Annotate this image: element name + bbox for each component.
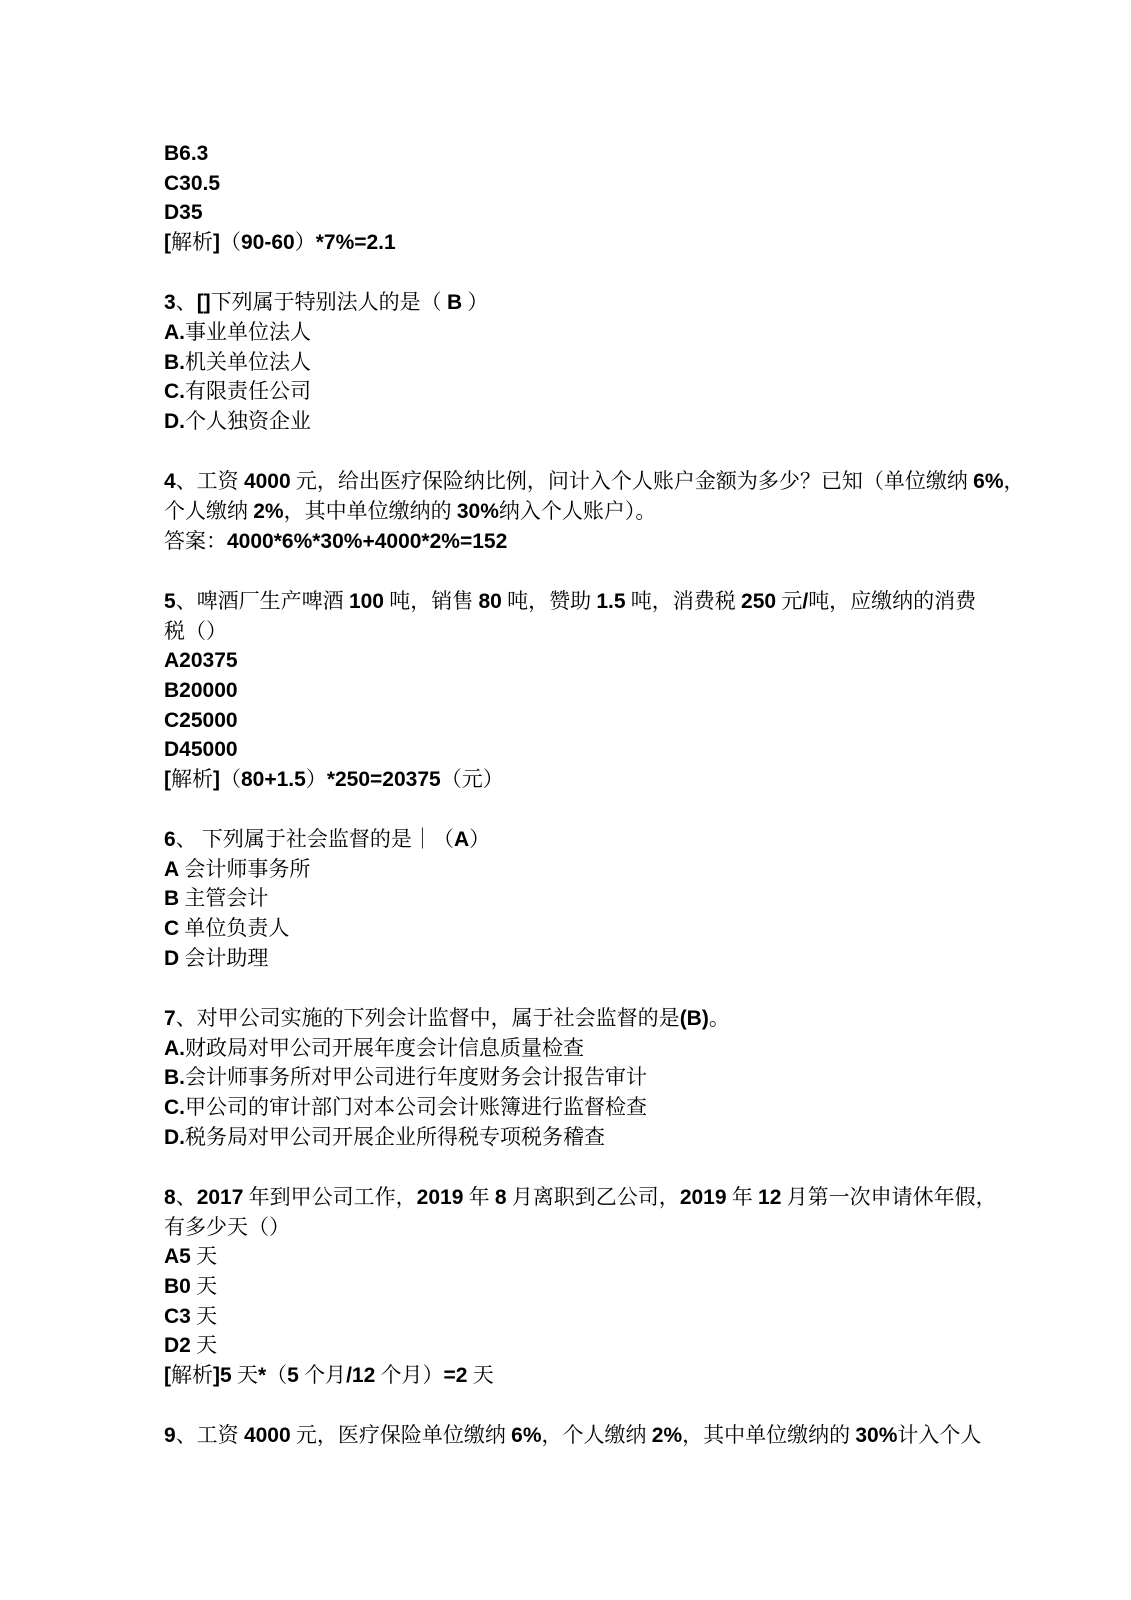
regular-text: ， xyxy=(1004,469,1025,493)
bold-text: =2 xyxy=(444,1364,468,1387)
regular-text: 解析 xyxy=(171,767,213,791)
text-line: B6.3 xyxy=(164,139,1031,169)
regular-text: 吨，赞助 xyxy=(502,589,597,613)
bold-text: D. xyxy=(164,410,185,433)
question-7: 7、对甲公司实施的下列会计监督中，属于社会监督的是(B)。A.财政局对甲公司开展… xyxy=(164,1004,1031,1152)
text-line: D35 xyxy=(164,198,1031,228)
bold-text: ]5 xyxy=(213,1364,232,1387)
regular-text: （ xyxy=(266,1363,287,1387)
bold-text: 30% xyxy=(855,1424,897,1447)
regular-text: ） xyxy=(306,767,327,791)
regular-text: 会计师事务所对甲公司进行年度财务会计报告审计 xyxy=(185,1065,647,1089)
bold-text: A20375 xyxy=(164,649,238,672)
regular-text: 年 xyxy=(727,1185,759,1209)
bold-text: 5 xyxy=(287,1364,299,1387)
bold-text: 1.5 xyxy=(596,590,625,613)
bold-text: B20000 xyxy=(164,679,238,702)
bold-text: 7 xyxy=(164,1007,176,1030)
bold-text: B xyxy=(447,291,462,314)
text-line: [解析]5 天*（5 个月/12 个月）=2 天 xyxy=(164,1361,1031,1391)
text-line: C 单位负责人 xyxy=(164,914,1031,944)
regular-text: ） xyxy=(462,290,488,314)
bold-text: B6.3 xyxy=(164,142,208,165)
regular-text: 下列属于特别法人的是（ xyxy=(211,290,447,314)
regular-text: ） xyxy=(469,827,490,851)
text-line: [解析]（80+1.5）*250=20375（元） xyxy=(164,765,1031,795)
text-line: C30.5 xyxy=(164,169,1031,199)
regular-text: 。 xyxy=(709,1006,730,1030)
bold-text: /12 xyxy=(346,1364,375,1387)
text-line: A.事业单位法人 xyxy=(164,318,1031,348)
text-line: 6、 下列属于社会监督的是｜（A） xyxy=(164,825,1031,855)
regular-text: 个月 xyxy=(299,1363,346,1387)
regular-text: 税（） xyxy=(164,619,227,643)
regular-text: 主管会计 xyxy=(179,886,268,910)
regular-text: 天 xyxy=(467,1363,493,1387)
regular-text: 天 xyxy=(191,1304,217,1328)
bold-text: 6 xyxy=(164,828,176,851)
regular-text: 年 xyxy=(463,1185,495,1209)
bold-text: D35 xyxy=(164,201,203,224)
regular-text: 天 xyxy=(232,1363,258,1387)
regular-text: 、 xyxy=(176,290,197,314)
bold-text: 30% xyxy=(457,500,499,523)
regular-text: 、对甲公司实施的下列会计监督中，属于社会监督的是 xyxy=(176,1006,680,1030)
regular-text: 天 xyxy=(191,1274,217,1298)
bold-text: B0 xyxy=(164,1275,191,1298)
bold-text: A. xyxy=(164,321,185,344)
text-line: B.机关单位法人 xyxy=(164,348,1031,378)
regular-text: 有限责任公司 xyxy=(185,379,311,403)
text-line: B0 天 xyxy=(164,1272,1031,1302)
regular-text: 解析 xyxy=(171,230,213,254)
text-line: D2 天 xyxy=(164,1331,1031,1361)
regular-text: 解析 xyxy=(171,1363,213,1387)
text-line: 7、对甲公司实施的下列会计监督中，属于社会监督的是(B)。 xyxy=(164,1004,1031,1034)
regular-text: ，个人缴纳 xyxy=(542,1423,652,1447)
bold-text: C3 xyxy=(164,1305,191,1328)
bold-text: 4000*6%*30%+4000*2%=152 xyxy=(227,530,507,553)
text-line: C25000 xyxy=(164,706,1031,736)
text-line: B 主管会计 xyxy=(164,884,1031,914)
bold-text: A. xyxy=(164,1037,185,1060)
bold-text: C30.5 xyxy=(164,172,220,195)
regular-text: 个月） xyxy=(375,1363,443,1387)
bold-text: C25000 xyxy=(164,709,238,732)
bold-text: 4 xyxy=(164,470,176,493)
regular-text: 、 xyxy=(176,1185,197,1209)
text-line: B.会计师事务所对甲公司进行年度财务会计报告审计 xyxy=(164,1063,1031,1093)
bold-text: [] xyxy=(197,291,211,314)
text-line: 5、啤酒厂生产啤酒 100 吨，销售 80 吨，赞助 1.5 吨，消费税 250… xyxy=(164,587,1031,617)
bold-text: C. xyxy=(164,1096,185,1119)
bold-text: ] xyxy=(213,231,220,254)
bold-text: C. xyxy=(164,380,185,403)
regular-text: （ xyxy=(220,767,241,791)
bold-text: *250=20375 xyxy=(327,768,441,791)
text-line: C3 天 xyxy=(164,1302,1031,1332)
regular-text: 答案： xyxy=(164,529,227,553)
bold-text: A xyxy=(164,858,179,881)
text-line: 9、工资 4000 元，医疗保险单位缴纳 6%，个人缴纳 2%，其中单位缴纳的 … xyxy=(164,1421,1031,1451)
bold-text: B. xyxy=(164,351,185,374)
bold-text: B xyxy=(164,887,179,910)
bold-text: [ xyxy=(164,768,171,791)
regular-text: 、 下列属于社会监督的是｜（ xyxy=(176,827,454,851)
bold-text: 100 xyxy=(349,590,384,613)
regular-text: 天 xyxy=(191,1333,217,1357)
bold-text: ] xyxy=(213,768,220,791)
bold-text: 6% xyxy=(511,1424,541,1447)
bold-text: [ xyxy=(164,231,171,254)
regular-text: ，其中单位缴纳的 xyxy=(284,499,457,523)
regular-text: 、工资 xyxy=(176,469,244,493)
bold-text: 2% xyxy=(652,1424,682,1447)
text-line: D 会计助理 xyxy=(164,944,1031,974)
bold-text: 6% xyxy=(973,470,1003,493)
bold-text: D. xyxy=(164,1126,185,1149)
text-line: B20000 xyxy=(164,676,1031,706)
bold-text: 4000 xyxy=(244,470,291,493)
regular-text: 个人缴纳 xyxy=(164,499,253,523)
regular-text: 月第一次申请休年假， xyxy=(781,1185,996,1209)
regular-text: 、工资 xyxy=(176,1423,244,1447)
bold-text: 2019 xyxy=(680,1186,727,1209)
bold-text: 2019 xyxy=(417,1186,464,1209)
bold-text: 8 xyxy=(164,1186,176,1209)
regular-text: 机关单位法人 xyxy=(185,350,311,374)
bold-text: 8 xyxy=(495,1186,507,1209)
bold-text: [ xyxy=(164,1364,171,1387)
text-line: 3、[]下列属于特别法人的是（ B ） xyxy=(164,288,1031,318)
bold-text: D xyxy=(164,947,179,970)
bold-text: 3 xyxy=(164,291,176,314)
text-line: A.财政局对甲公司开展年度会计信息质量检查 xyxy=(164,1034,1031,1064)
text-line: 4、工资 4000 元，给出医疗保险纳比例，问计入个人账户金额为多少？已知（单位… xyxy=(164,467,1031,497)
text-line: A 会计师事务所 xyxy=(164,855,1031,885)
regular-text: 甲公司的审计部门对本公司会计账簿进行监督检查 xyxy=(185,1095,647,1119)
question-3: 3、[]下列属于特别法人的是（ B ）A.事业单位法人B.机关单位法人C.有限责… xyxy=(164,288,1031,436)
question-2-remainder: B6.3C30.5D35[解析]（90-60）*7%=2.1 xyxy=(164,139,1031,257)
regular-text: 元，医疗保险单位缴纳 xyxy=(291,1423,512,1447)
regular-text: 会计助理 xyxy=(179,946,268,970)
text-line: 答案：4000*6%*30%+4000*2%=152 xyxy=(164,527,1031,557)
bold-text: A5 xyxy=(164,1245,191,1268)
regular-text: 有多少天（） xyxy=(164,1215,290,1239)
regular-text: 会计师事务所 xyxy=(179,857,310,881)
regular-text: （ xyxy=(220,230,241,254)
text-line: D45000 xyxy=(164,735,1031,765)
question-9: 9、工资 4000 元，医疗保险单位缴纳 6%，个人缴纳 2%，其中单位缴纳的 … xyxy=(164,1421,1031,1451)
question-4: 4、工资 4000 元，给出医疗保险纳比例，问计入个人账户金额为多少？已知（单位… xyxy=(164,467,1031,556)
text-line: C.有限责任公司 xyxy=(164,377,1031,407)
bold-text: 12 xyxy=(758,1186,781,1209)
bold-text: 4000 xyxy=(244,1424,291,1447)
text-line: A5 天 xyxy=(164,1242,1031,1272)
bold-text: D45000 xyxy=(164,738,238,761)
regular-text: 天 xyxy=(191,1244,217,1268)
bold-text: 80+1.5 xyxy=(241,768,306,791)
text-line: 8、2017 年到甲公司工作，2019 年 8 月离职到乙公司，2019 年 1… xyxy=(164,1183,1031,1213)
text-line: D.税务局对甲公司开展企业所得税专项税务稽查 xyxy=(164,1123,1031,1153)
bold-text: D2 xyxy=(164,1334,191,1357)
bold-text: 2% xyxy=(253,500,283,523)
regular-text: 元 xyxy=(776,589,802,613)
document-page: B6.3C30.5D35[解析]（90-60）*7%=2.13、[]下列属于特别… xyxy=(0,0,1131,1600)
text-line: A20375 xyxy=(164,646,1031,676)
regular-text: 吨，应缴纳的消费 xyxy=(808,589,976,613)
regular-text: 单位负责人 xyxy=(179,916,289,940)
regular-text: 吨，销售 xyxy=(384,589,479,613)
question-8: 8、2017 年到甲公司工作，2019 年 8 月离职到乙公司，2019 年 1… xyxy=(164,1183,1031,1390)
text-line: 有多少天（） xyxy=(164,1213,1031,1243)
bold-text: 5 xyxy=(164,590,176,613)
bold-text: A xyxy=(454,828,469,851)
regular-text: 计入个人 xyxy=(897,1423,981,1447)
bold-text: 250 xyxy=(741,590,776,613)
regular-text: 、啤酒厂生产啤酒 xyxy=(176,589,349,613)
bold-text: 2017 xyxy=(197,1186,244,1209)
regular-text: ，其中单位缴纳的 xyxy=(682,1423,855,1447)
document-content: B6.3C30.5D35[解析]（90-60）*7%=2.13、[]下列属于特别… xyxy=(0,0,1131,1451)
regular-text: 纳入个人账户）。 xyxy=(499,499,657,523)
regular-text: 元，给出医疗保险纳比例，问计入个人账户金额为多少？已知（单位缴纳 xyxy=(291,469,974,493)
text-line: 税（） xyxy=(164,617,1031,647)
regular-text: 个人独资企业 xyxy=(185,409,311,433)
text-line: [解析]（90-60）*7%=2.1 xyxy=(164,228,1031,258)
regular-text: 年到甲公司工作， xyxy=(243,1185,416,1209)
text-line: D.个人独资企业 xyxy=(164,407,1031,437)
regular-text: （元） xyxy=(441,767,504,791)
question-5: 5、啤酒厂生产啤酒 100 吨，销售 80 吨，赞助 1.5 吨，消费税 250… xyxy=(164,587,1031,794)
regular-text: 税务局对甲公司开展企业所得税专项税务稽查 xyxy=(185,1125,605,1149)
bold-text: 9 xyxy=(164,1424,176,1447)
bold-text: B. xyxy=(164,1066,185,1089)
regular-text: 事业单位法人 xyxy=(185,320,311,344)
bold-text: (B) xyxy=(680,1007,709,1030)
bold-text: *7%=2.1 xyxy=(316,231,396,254)
regular-text: ） xyxy=(295,230,316,254)
regular-text: 财政局对甲公司开展年度会计信息质量检查 xyxy=(185,1036,584,1060)
bold-text: 90-60 xyxy=(241,231,295,254)
regular-text: 月离职到乙公司， xyxy=(507,1185,680,1209)
question-6: 6、 下列属于社会监督的是｜（A）A 会计师事务所B 主管会计C 单位负责人D … xyxy=(164,825,1031,973)
bold-text: C xyxy=(164,917,179,940)
bold-text: 80 xyxy=(478,590,501,613)
bold-text: * xyxy=(258,1364,266,1387)
text-line: C.甲公司的审计部门对本公司会计账簿进行监督检查 xyxy=(164,1093,1031,1123)
text-line: 个人缴纳 2%，其中单位缴纳的 30%纳入个人账户）。 xyxy=(164,497,1031,527)
regular-text: 吨，消费税 xyxy=(626,589,742,613)
